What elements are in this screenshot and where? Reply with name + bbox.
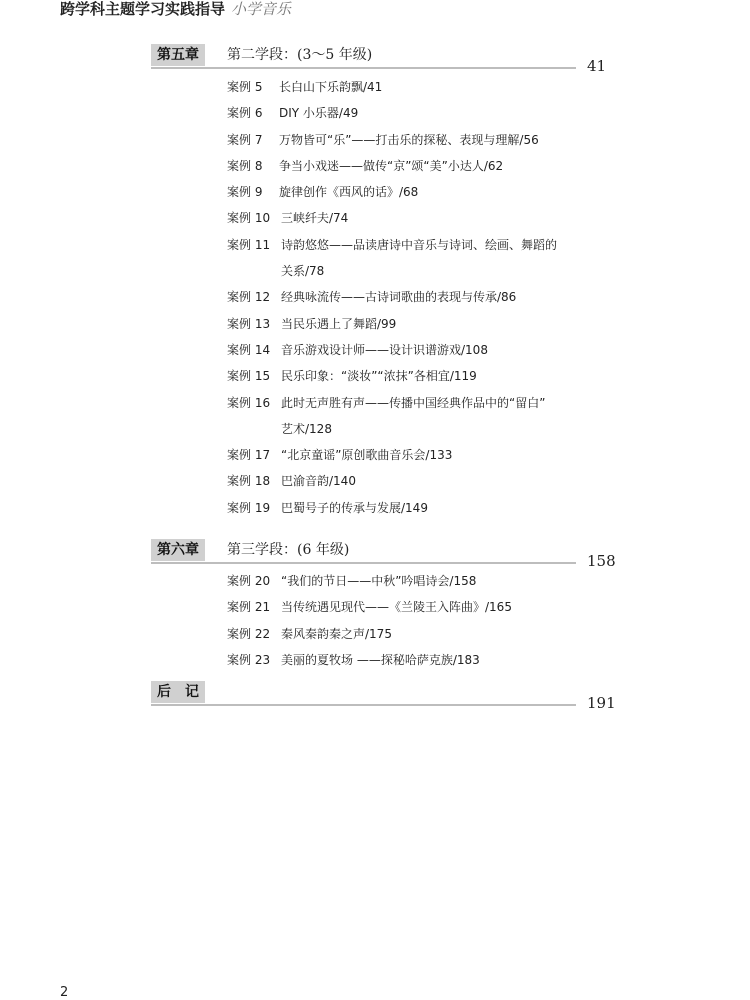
toc-entry[interactable]: 案例 22秦风秦韵秦之声/175: [227, 621, 607, 647]
toc-entry[interactable]: 案例 8争当小戏迷——做传“京”颂“美”小达人/62: [227, 153, 607, 179]
case-title: 经典咏流传——古诗词歌曲的表现与传承/86: [281, 284, 516, 310]
toc-entry[interactable]: 案例 19巴蜀号子的传承与发展/149: [227, 495, 607, 521]
chapter-title: 第三学段：(6 年级): [227, 539, 349, 561]
toc-entry[interactable]: 案例 10三峡纤夫/74: [227, 205, 607, 231]
case-number: 案例 9: [227, 179, 279, 205]
case-number: 案例 14: [227, 337, 281, 363]
afterword-heading[interactable]: 后 记 191: [151, 681, 596, 706]
toc-entry[interactable]: 案例 13当民乐遇上了舞蹈/99: [227, 311, 607, 337]
case-title: 巴渝音韵/140: [281, 468, 356, 494]
chapter-rule: [151, 67, 576, 69]
case-number: 案例 17: [227, 442, 281, 468]
toc-entry[interactable]: 案例 20“我们的节日——中秋”吟唱诗会/158: [227, 568, 607, 594]
case-title: 诗韵悠悠——品读唐诗中音乐与诗词、绘画、舞蹈的: [281, 232, 557, 258]
case-title: 三峡纤夫/74: [281, 205, 348, 231]
case-number: 案例 23: [227, 647, 281, 673]
case-number: 案例 16: [227, 390, 281, 416]
chapter-title: 第二学段：(3～5 年级): [227, 44, 372, 66]
case-title-continuation: 艺术/128: [281, 416, 332, 442]
chapter-page: 41: [587, 56, 606, 76]
case-title: 当民乐遇上了舞蹈/99: [281, 311, 396, 337]
case-title-continuation: 关系/78: [281, 258, 324, 284]
toc-entry[interactable]: 案例 15民乐印象：“淡妆”“浓抹”各相宜/119: [227, 363, 607, 389]
toc-entry[interactable]: 案例 18巴渝音韵/140: [227, 468, 607, 494]
case-title: “我们的节日——中秋”吟唱诗会/158: [281, 568, 476, 594]
toc-entry-continuation[interactable]: 艺术/128: [227, 416, 607, 442]
chapter-6-heading[interactable]: 第六章 第三学段：(6 年级) 158: [151, 539, 596, 564]
toc-entry-continuation[interactable]: 关系/78: [227, 258, 607, 284]
chapter-page: 191: [587, 693, 616, 713]
chapter-rule: [151, 562, 576, 564]
toc-entry[interactable]: 案例 21当传统遇见现代——《兰陵王入阵曲》/165: [227, 594, 607, 620]
toc-entry[interactable]: 案例 12经典咏流传——古诗词歌曲的表现与传承/86: [227, 284, 607, 310]
toc-entry[interactable]: 案例 16此时无声胜有声——传播中国经典作品中的“留白”: [227, 390, 607, 416]
case-number: 案例 6: [227, 100, 279, 126]
case-number: 案例 7: [227, 127, 279, 153]
toc-entry[interactable]: 案例 5长白山下乐韵飘/41: [227, 74, 607, 100]
case-title: 美丽的夏牧场 ——探秘哈萨克族/183: [281, 647, 480, 673]
case-title: 此时无声胜有声——传播中国经典作品中的“留白”: [281, 390, 545, 416]
chapter-label: 第五章: [151, 44, 205, 66]
case-title: 巴蜀号子的传承与发展/149: [281, 495, 428, 521]
case-number: 案例 8: [227, 153, 279, 179]
case-number: 案例 21: [227, 594, 281, 620]
chapter-label: 后 记: [151, 681, 205, 703]
toc-entry[interactable]: 案例 17“北京童谣”原创歌曲音乐会/133: [227, 442, 607, 468]
book-title: 跨学科主题学习实践指导: [60, 0, 225, 18]
chapter-6-entries: 案例 20“我们的节日——中秋”吟唱诗会/158 案例 21当传统遇见现代——《…: [227, 568, 607, 673]
toc-entry[interactable]: 案例 6DIY 小乐器/49: [227, 100, 607, 126]
case-title: “北京童谣”原创歌曲音乐会/133: [281, 442, 452, 468]
case-title: 民乐印象：“淡妆”“浓抹”各相宜/119: [281, 363, 477, 389]
chapter-label: 第六章: [151, 539, 205, 561]
page-number: 2: [60, 986, 68, 1000]
case-title: 音乐游戏设计师——设计识谱游戏/108: [281, 337, 488, 363]
chapter-rule: [151, 704, 576, 706]
chapter-5-heading[interactable]: 第五章 第二学段：(3～5 年级) 41: [151, 44, 596, 69]
book-subtitle: 小学音乐: [231, 0, 291, 18]
chapter-5-entries: 案例 5长白山下乐韵飘/41 案例 6DIY 小乐器/49 案例 7万物皆可“乐…: [227, 74, 607, 521]
toc-entry[interactable]: 案例 7万物皆可“乐”——打击乐的探秘、表现与理解/56: [227, 127, 607, 153]
case-title: 万物皆可“乐”——打击乐的探秘、表现与理解/56: [279, 127, 539, 153]
running-header: 跨学科主题学习实践指导小学音乐: [60, 0, 291, 18]
case-number: 案例 20: [227, 568, 281, 594]
toc-entry[interactable]: 案例 11诗韵悠悠——品读唐诗中音乐与诗词、绘画、舞蹈的: [227, 232, 607, 258]
toc-entry[interactable]: 案例 14音乐游戏设计师——设计识谱游戏/108: [227, 337, 607, 363]
case-number: 案例 22: [227, 621, 281, 647]
case-title: 长白山下乐韵飘/41: [279, 74, 382, 100]
case-title: 秦风秦韵秦之声/175: [281, 621, 392, 647]
case-number: 案例 12: [227, 284, 281, 310]
case-number: 案例 5: [227, 74, 279, 100]
toc-entry[interactable]: 案例 9旋律创作《西风的话》/68: [227, 179, 607, 205]
case-number: 案例 13: [227, 311, 281, 337]
case-number: 案例 18: [227, 468, 281, 494]
case-number: 案例 19: [227, 495, 281, 521]
case-title: 当传统遇见现代——《兰陵王入阵曲》/165: [281, 594, 512, 620]
case-number: 案例 11: [227, 232, 281, 258]
toc-entry[interactable]: 案例 23美丽的夏牧场 ——探秘哈萨克族/183: [227, 647, 607, 673]
case-number: 案例 10: [227, 205, 281, 231]
case-number: 案例 15: [227, 363, 281, 389]
case-title: 旋律创作《西风的话》/68: [279, 179, 418, 205]
case-title: DIY 小乐器/49: [279, 100, 358, 126]
case-title: 争当小戏迷——做传“京”颂“美”小达人/62: [279, 153, 503, 179]
